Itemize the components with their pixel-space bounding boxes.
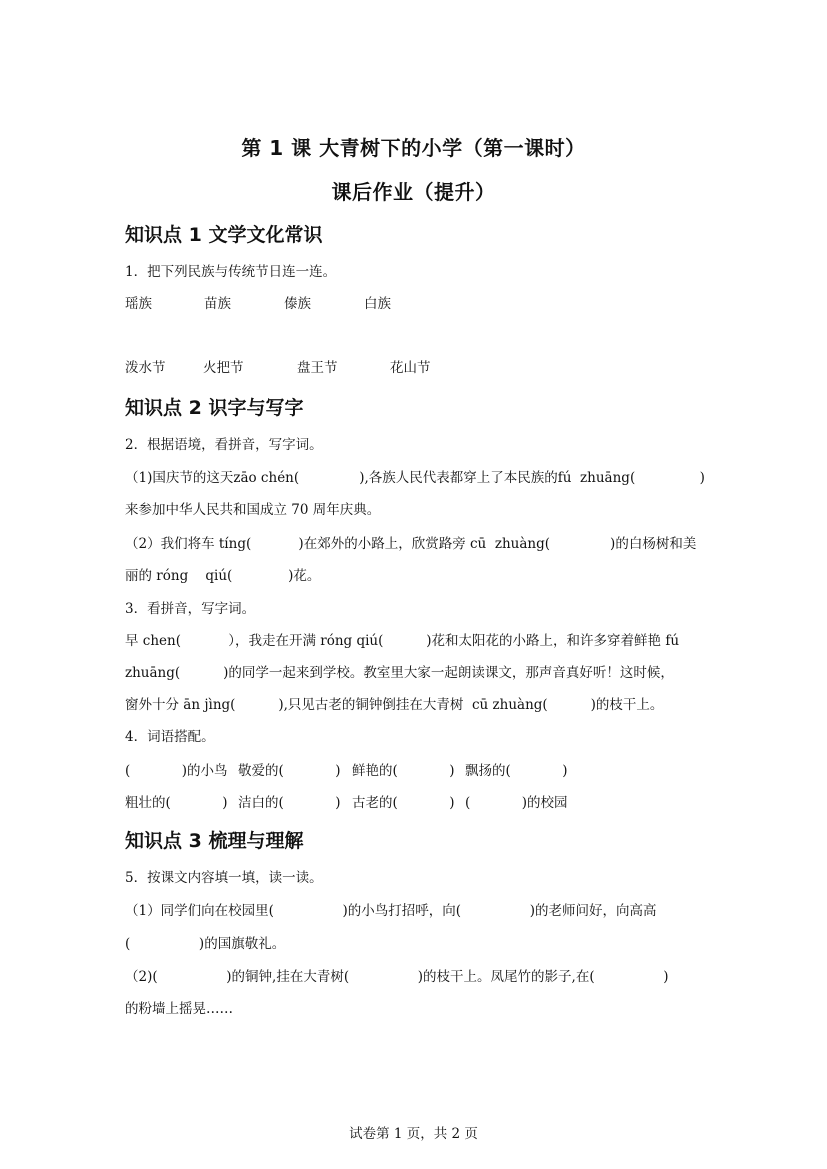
lesson-title: 第 1 课 大青树下的小学（第一课时） — [0, 132, 827, 161]
question-2-item-2-line-1: （2）我们将车 tíng( )在郊外的小路上，欣赏路旁 cū zhuàng( )… — [125, 532, 696, 552]
word-match-2: 敬爱的( ) — [238, 759, 341, 779]
ethnic-group-1: 瑶族 — [125, 292, 152, 312]
question-5-item-2-line-1: （2)( )的铜钟,挂在大青树( )的枝干上。凤尾竹的影子,在( ) — [125, 965, 669, 985]
question-4-prompt: 4．词语搭配。 — [125, 725, 215, 745]
question-2-item-1-line-1: （1)国庆节的这天zāo chén( ),各族人民代表都穿上了本民族的fú zh… — [125, 466, 705, 486]
word-match-8: ( )的校园 — [465, 791, 568, 811]
question-5-prompt: 5．按课文内容填一填，读一读。 — [125, 866, 323, 886]
word-match-3: 鲜艳的( ) — [352, 759, 455, 779]
festival-2: 火把节 — [203, 356, 244, 376]
word-match-1: ( )的小鸟 — [125, 759, 228, 779]
question-1-prompt: 1．把下列民族与传统节日连一连。 — [125, 260, 336, 280]
document-page: 第 1 课 大青树下的小学（第一课时） 课后作业（提升） 知识点 1 文学文化常… — [0, 0, 827, 1169]
question-5-item-2-line-2: 的粉墙上摇晃…… — [125, 997, 233, 1017]
section-heading-3: 知识点 3 梳理与理解 — [125, 826, 303, 853]
question-3-line-3: 窗外十分 ān jìng( ),只见古老的铜钟倒挂在大青树 cū zhuàng(… — [125, 693, 663, 713]
question-2-item-1-line-2: 来参加中华人民共和国成立 70 周年庆典。 — [125, 498, 380, 518]
section-heading-1: 知识点 1 文学文化常识 — [125, 220, 322, 247]
question-5-item-1-line-1: （1）同学们向在校园里( )的小鸟打招呼，向( )的老师问好，向高高 — [125, 899, 656, 919]
festival-4: 花山节 — [390, 356, 431, 376]
section-heading-2: 知识点 2 识字与写字 — [125, 393, 303, 420]
question-2-prompt: 2．根据语境，看拼音，写字词。 — [125, 433, 323, 453]
homework-subtitle: 课后作业（提升） — [0, 176, 827, 205]
word-match-6: 洁白的( ) — [238, 791, 341, 811]
festival-1: 泼水节 — [125, 356, 166, 376]
question-3-prompt: 3．看拼音，写字词。 — [125, 597, 255, 617]
ethnic-group-3: 傣族 — [284, 292, 311, 312]
question-3-line-1: 早 chen( ），我走在开满 róng qiú( )花和太阳花的小路上，和许多… — [125, 629, 679, 649]
word-match-5: 粗壮的( ) — [125, 791, 228, 811]
festival-3: 盘王节 — [297, 356, 338, 376]
question-5-item-1-line-2: ( )的国旗敬礼。 — [125, 932, 285, 952]
word-match-4: 飘扬的( ) — [465, 759, 568, 779]
question-3-line-2: zhuāng( )的同学一起来到学校。教室里大家一起朗读课文，那声音真好听！这时… — [125, 661, 674, 681]
question-2-item-2-line-2: 丽的 róng qiú( )花。 — [125, 564, 320, 584]
word-match-7: 古老的( ) — [352, 791, 455, 811]
ethnic-group-2: 苗族 — [204, 292, 231, 312]
page-footer: 试卷第 1 页，共 2 页 — [0, 1122, 827, 1142]
ethnic-group-4: 白族 — [364, 292, 391, 312]
